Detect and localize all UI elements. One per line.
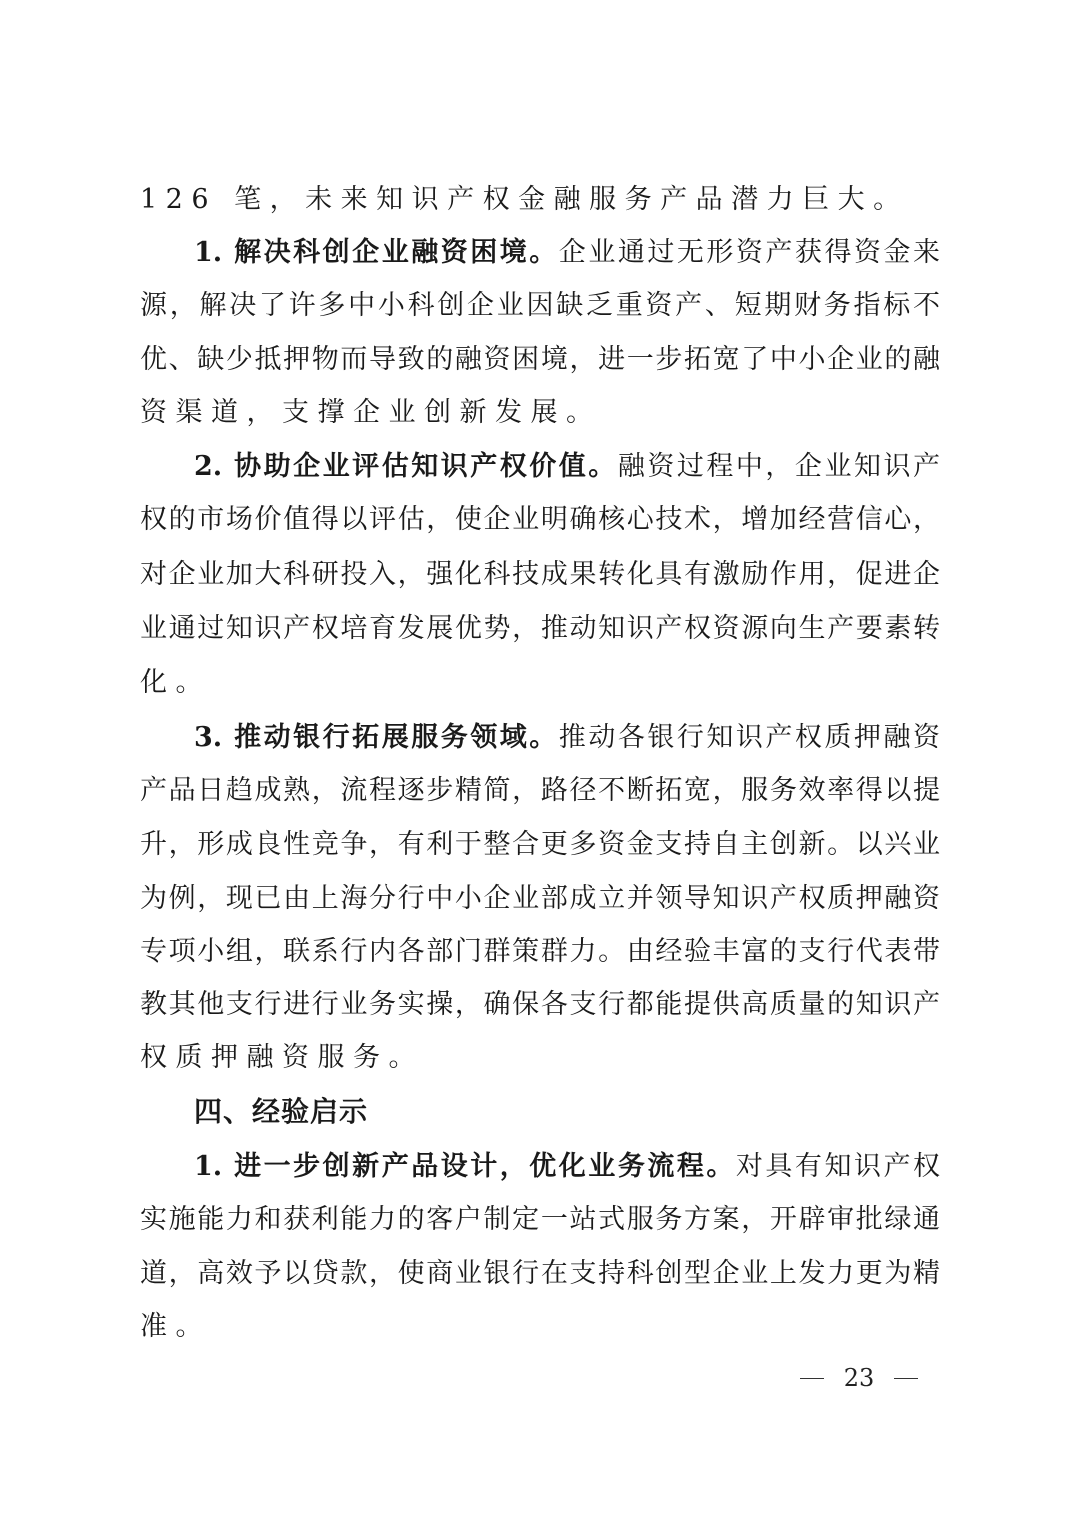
paragraph-3-line: 为例，现已由上海分行中小企业部成立并领导知识产权质押融资 [140,879,940,919]
paragraph-text: 资渠道，支撑企业创新发展。 [140,397,602,428]
section-paragraph-1-line: 实施能力和获利能力的客户制定一站式服务方案，开辟审批绿通 [140,1200,940,1240]
section-heading: 四、经验启示 [194,1092,368,1132]
paragraph-text: 教其他支行进行业务实操，确保各支行都能提供高质量的知识产 [140,989,940,1020]
paragraph-3-line: 权质押融资服务。 [140,1038,940,1078]
paragraph-3-line: 专项小组，联系行内各部门群策群力。由经验丰富的支行代表带 [140,932,940,972]
section-paragraph-1-line: 准。 [140,1307,940,1347]
paragraph-text: 企业通过无形资产获得资金来 [559,237,940,268]
paragraph-text: 融资过程中，企业知识产 [618,451,940,482]
paragraph-text: 对具有知识产权 [736,1151,940,1182]
paragraph-text: 对企业加大科研投入，强化科技成果转化具有激励作用，促进企 [140,559,940,590]
paragraph-text: 专项小组，联系行内各部门群策群力。由经验丰富的支行代表带 [140,936,940,967]
section-paragraph-1-first-line: 1. 进一步创新产品设计，优化业务流程。对具有知识产权 [194,1147,940,1187]
paragraph-text: 126 笔，未来知识产权金融服务产品潜力巨大。 [140,184,909,215]
paragraph-text: 准。 [140,1311,211,1342]
paragraph-lead: 1. 解决科创企业融资困境。 [194,237,559,268]
paragraph-text: 化。 [140,667,211,698]
paragraph-2-first-line: 2. 协助企业评估知识产权价值。融资过程中，企业知识产 [194,447,940,487]
paragraph-text: 业通过知识产权培育发展优势，推动知识产权资源向生产要素转 [140,613,940,644]
paragraph-lead: 1. 进一步创新产品设计，优化业务流程。 [194,1151,736,1182]
paragraph-text: 源，解决了许多中小科创企业因缺乏重资产、短期财务指标不 [140,290,940,321]
paragraph-3-line: 教其他支行进行业务实操，确保各支行都能提供高质量的知识产 [140,985,940,1025]
paragraph-3-first-line: 3. 推动银行拓展服务领域。推动各银行知识产权质押融资 [194,718,940,758]
paragraph-text: 权质押融资服务。 [140,1042,424,1073]
paragraph-3-line: 升，形成良性竞争，有利于整合更多资金支持自主创新。以兴业 [140,825,940,865]
paragraph-2-line: 对企业加大科研投入，强化科技成果转化具有激励作用，促进企 [140,555,940,595]
paragraph-text: 道，高效予以贷款，使商业银行在支持科创型企业上发力更为精 [140,1258,940,1289]
paragraph-text: 推动各银行知识产权质押融资 [559,722,940,753]
paragraph-text: 为例，现已由上海分行中小企业部成立并领导知识产权质押融资 [140,883,940,914]
paragraph-text: 产品日趋成熟，流程逐步精简，路径不断拓宽，服务效率得以提 [140,775,940,806]
paragraph-text: 权的市场价值得以评估，使企业明确核心技术，增加经营信心， [140,504,940,535]
paragraph-2-line: 权的市场价值得以评估，使企业明确核心技术，增加经营信心， [140,500,940,540]
dash-left-icon [800,1378,824,1379]
document-page: 126 笔，未来知识产权金融服务产品潜力巨大。 1. 解决科创企业融资困境。企业… [0,0,1080,1527]
paragraph-1-line: 源，解决了许多中小科创企业因缺乏重资产、短期财务指标不 [140,286,940,326]
paragraph-1-line: 优、缺少抵押物而导致的融资困境，进一步拓宽了中小企业的融 [140,340,940,380]
paragraph-text: 优、缺少抵押物而导致的融资困境，进一步拓宽了中小企业的融 [140,344,940,375]
dash-right-icon [894,1378,918,1379]
paragraph-lead: 3. 推动银行拓展服务领域。 [194,722,559,753]
paragraph-2-line: 化。 [140,663,940,703]
paragraph-text: 实施能力和获利能力的客户制定一站式服务方案，开辟审批绿通 [140,1204,940,1235]
page-number: 23 [800,1358,918,1398]
page-number-value: 23 [844,1358,875,1398]
section-paragraph-1-line: 道，高效予以贷款，使商业银行在支持科创型企业上发力更为精 [140,1254,940,1294]
paragraph-text: 升，形成良性竞争，有利于整合更多资金支持自主创新。以兴业 [140,829,940,860]
paragraph-1-line: 资渠道，支撑企业创新发展。 [140,393,940,433]
continuation-line: 126 笔，未来知识产权金融服务产品潜力巨大。 [140,180,940,220]
paragraph-3-line: 产品日趋成熟，流程逐步精简，路径不断拓宽，服务效率得以提 [140,771,940,811]
paragraph-1-first-line: 1. 解决科创企业融资困境。企业通过无形资产获得资金来 [194,233,940,273]
paragraph-2-line: 业通过知识产权培育发展优势，推动知识产权资源向生产要素转 [140,609,940,649]
paragraph-lead: 2. 协助企业评估知识产权价值。 [194,451,618,482]
